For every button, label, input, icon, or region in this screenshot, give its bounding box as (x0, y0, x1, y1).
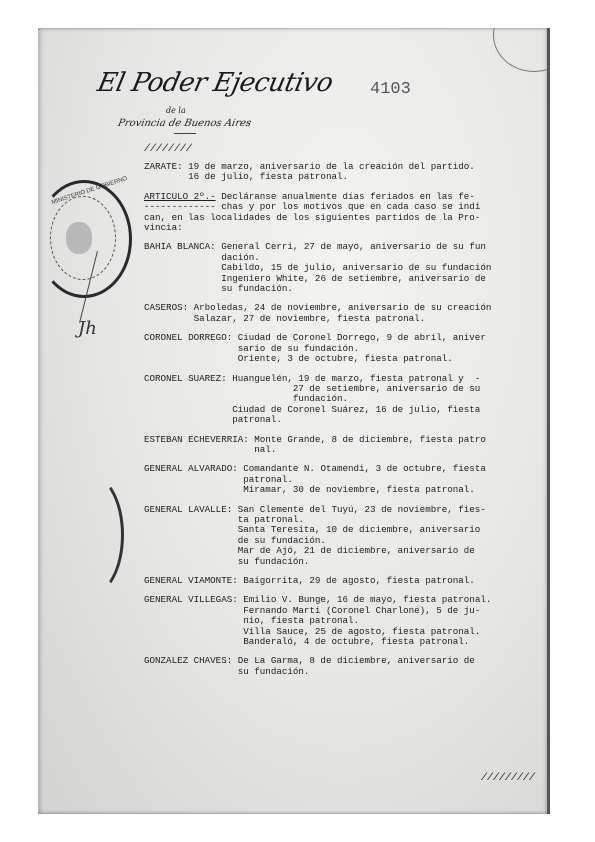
entry-line: Salazar, 27 de noviembre, fiesta patrona… (194, 314, 544, 324)
partido-label: CORONEL SUAREZ: (144, 374, 232, 426)
entry-line: Monte Grande, 8 de diciembre, fiesta pat… (254, 435, 544, 445)
article-line-2: chas y por los motivos que en cada caso … (216, 201, 481, 212)
entry-zarate: ZARATE: 19 de marzo, aniversario de la c… (144, 162, 544, 183)
partido-label: CORONEL DORREGO: (144, 333, 238, 364)
article-line-1: Decláranse anualmente días feriados en l… (216, 191, 475, 202)
article-line-3: can, en las localidades de los siguiente… (144, 213, 544, 223)
entry-line: Baigorrita, 29 de agosto, fiesta patrona… (243, 576, 544, 586)
partido-entry: CORONEL SUAREZ: Huanguelén, 19 de marzo,… (144, 374, 544, 426)
partido-label: ZARATE: (144, 162, 188, 183)
partido-label: GENERAL LAVALLE: (144, 505, 238, 567)
partido-label: GENERAL VILLEGAS: (144, 595, 243, 647)
slashes-bottom: ///////// (481, 773, 535, 784)
partido-entry: ESTEBAN ECHEVERRIA: Monte Grande, 8 de d… (144, 435, 544, 456)
entry-line: Banderaló, 4 de octubre, fiesta patronal… (243, 637, 544, 647)
document-number: 4103 (370, 80, 411, 99)
entry-line: Oriente, 3 de octubre, fiesta patronal. (238, 354, 544, 364)
letterhead-province: Provincia de Buenos Aires (117, 118, 252, 129)
partido-entry: GONZALEZ CHAVES: De La Garma, 8 de dicie… (144, 656, 544, 677)
partido-label: GONZALEZ CHAVES: (144, 656, 238, 677)
partido-label: BAHIA BLANCA: (144, 242, 221, 294)
article-line-4: vincia: (144, 223, 544, 233)
partido-label: CASEROS: (144, 303, 194, 324)
partial-stamp-left (58, 474, 124, 596)
letterhead-de-la: de la (166, 106, 186, 115)
signature: Jh (78, 318, 97, 339)
coat-of-arms-icon (66, 222, 92, 254)
partido-label: GENERAL VIAMONTE: (144, 576, 243, 586)
article-label: ARTICULO 2º.- (144, 191, 216, 202)
document-page: El Poder Ejecutivo de la Provincia de Bu… (38, 28, 550, 814)
partido-entry: CORONEL DORREGO: Ciudad de Coronel Dorre… (144, 333, 544, 364)
entry-line: General Cerri, 27 de mayo, aniversario d… (221, 242, 544, 252)
entry-line: su fundación. (238, 667, 544, 677)
entry-line: nal. (254, 445, 544, 455)
article-dashes: ------------- (144, 201, 216, 212)
entry-line: su fundación. (238, 557, 544, 567)
partido-entry: GENERAL LAVALLE: San Clemente del Tuyú, … (144, 505, 544, 567)
partido-entry: CASEROS: Arboledas, 24 de noviembre, ani… (144, 303, 544, 324)
entry-line: su fundación. (221, 284, 544, 294)
partido-label: ESTEBAN ECHEVERRIA: (144, 435, 254, 456)
partido-entry: GENERAL VIAMONTE: Baigorrita, 29 de agos… (144, 576, 544, 586)
letterhead-rule (174, 133, 196, 134)
partido-entry: BAHIA BLANCA: General Cerri, 27 de mayo,… (144, 242, 544, 294)
slashes-top: //////// (144, 144, 192, 155)
entry-line: patronal. (232, 415, 544, 425)
partido-entry: GENERAL ALVARADO: Comandante N. Otamendi… (144, 464, 544, 495)
partido-entry: GENERAL VILLEGAS: Emilio V. Bunge, 16 de… (144, 595, 544, 647)
letterhead-title: El Poder Ejecutivo (95, 68, 336, 98)
document-body: ZARATE: 19 de marzo, aniversario de la c… (144, 162, 544, 686)
entry-line: 16 de julio, fiesta patronal. (188, 172, 544, 182)
article-2: ARTICULO 2º.- Decláranse anualmente días… (144, 192, 544, 234)
partido-label: GENERAL ALVARADO: (144, 464, 243, 495)
entry-line: Miramar, 30 de noviembre, fiesta patrona… (243, 485, 544, 495)
stamp-top-right (493, 28, 550, 72)
partidos-list: BAHIA BLANCA: General Cerri, 27 de mayo,… (144, 242, 544, 677)
